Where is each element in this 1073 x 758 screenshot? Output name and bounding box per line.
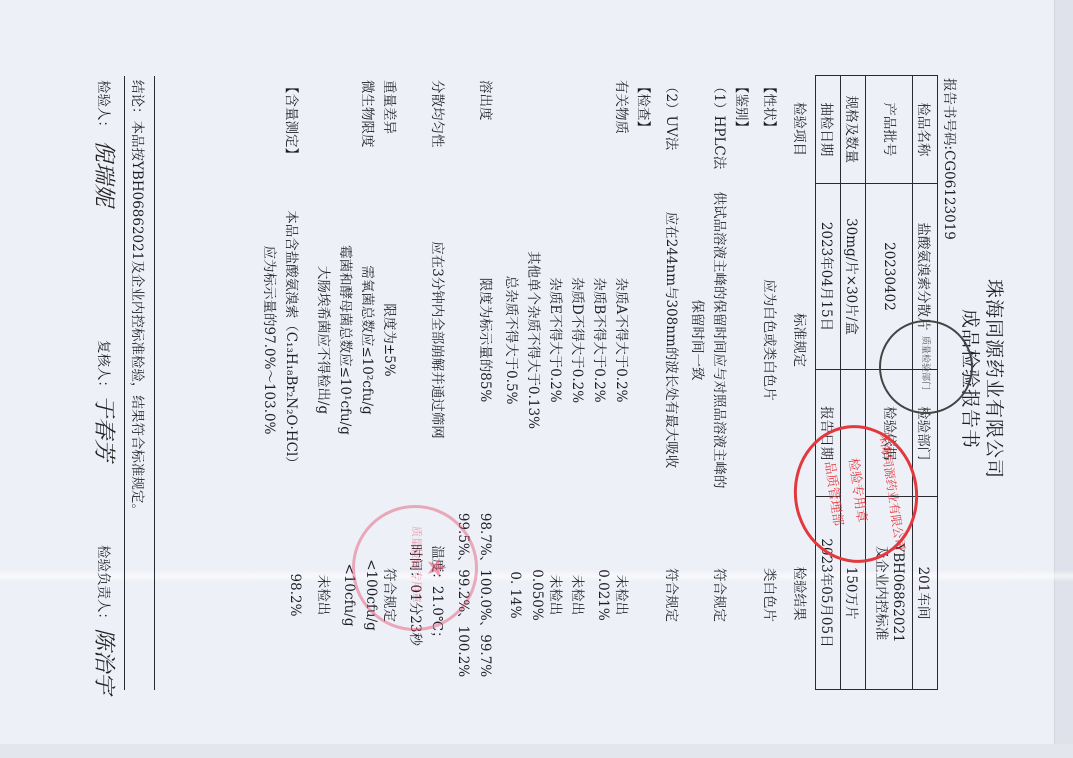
department: 201车间 <box>913 496 938 689</box>
standard-text: 总杂质不得大于0.5% <box>503 190 523 490</box>
test-item-name: 微生物限度 <box>359 80 379 148</box>
reviewer-label: 复核人： <box>95 340 115 394</box>
standard-text: 其他单个杂质不得大于0.13% <box>525 190 545 490</box>
result-text: <10cfu/g <box>341 500 357 690</box>
standard-text: 大肠埃希菌应不得检出/g <box>315 190 335 490</box>
spec-label: 规格及数量 <box>841 76 866 184</box>
standard-text: 需氧菌总数应≤10²cfu/g <box>359 190 379 490</box>
standard-text: 保留时间一致 <box>689 190 709 490</box>
section-heading: 【性状】 <box>761 80 781 134</box>
signature-divider <box>124 76 125 690</box>
supervisor-signature: 陈治宇 <box>90 628 121 694</box>
test-item-name: （2）UV法 <box>663 80 683 150</box>
result-text: 未检出 <box>315 500 335 690</box>
report-page: 珠海同源药业有限公司 成品检验报告书 报告书号码:CG06123019 检品名称… <box>0 0 1073 758</box>
batch-label: 产品批号 <box>866 76 913 184</box>
standard-text: 限度为±5% <box>381 190 401 490</box>
report-number: 报告书号码:CG06123019 <box>941 78 961 240</box>
result-text: 未检出 <box>547 500 567 690</box>
test-item-name: 分散均匀性 <box>429 80 449 148</box>
test-item-name: （1）HPLC法 <box>711 80 731 169</box>
product-name-label: 检品名称 <box>913 76 938 184</box>
company-name: 珠海同源药业有限公司 <box>982 0 1009 758</box>
test-item-name: 有关物质 <box>613 80 633 134</box>
test-item-name: 重量差异 <box>381 80 401 134</box>
standard-text: 杂质E不得大于0.2% <box>547 190 567 490</box>
result-text: 符合规定 <box>663 500 683 690</box>
standard-text: 杂质B不得大于0.2% <box>591 190 611 490</box>
inspector-label: 检验人： <box>95 80 115 134</box>
report-number-value: CG06123019 <box>941 150 957 240</box>
inspector-signature: 倪瑞妮 <box>90 140 121 206</box>
standard-text: 应为白色或类白色片 <box>761 190 781 490</box>
supervisor-label: 检验负责人： <box>95 545 115 626</box>
result-text: 未检出 <box>613 500 633 690</box>
conclusion-divider <box>154 76 155 690</box>
standard-text: 霉菌和酵母菌总数应≤10¹cfu/g <box>337 190 357 490</box>
column-item: 检验项目 <box>791 75 811 183</box>
result-text: 0.021% <box>595 500 611 690</box>
grey-department-stamp: 质量检验部门 <box>879 320 973 414</box>
standard-text: 杂质D不得大于0.2% <box>569 190 589 490</box>
spec: 30mg/片×30片/盒 <box>841 183 866 369</box>
result-text: 98.2% <box>287 500 303 690</box>
result-text: 0. 14% <box>507 500 523 690</box>
scan-edge <box>1054 0 1073 758</box>
scan-edge <box>0 744 1073 758</box>
conclusion-text: 本品按YBH06862021及企业内控标准检验，结果符合标准规定。 <box>129 121 145 517</box>
section-heading: 【含量测定】 <box>283 80 303 161</box>
conclusion: 结论：本品按YBH06862021及企业内控标准检验，结果符合标准规定。 <box>129 80 149 517</box>
sample-date-label: 抽检日期 <box>816 76 841 184</box>
standard-text: 限度为标示量的85% <box>477 190 497 490</box>
standard-text: 应在244nm与308nm的波长处有最大吸收 <box>663 190 683 490</box>
result-text: 98.7%、100.0%、99.7% <box>477 500 497 690</box>
star-icon: ★ <box>421 556 451 579</box>
section-heading: 【检查】 <box>635 80 655 134</box>
sample-date: 2023年04月15日 <box>816 183 841 369</box>
standard-text: 应为标示量的97.0%～103.0% <box>261 190 281 490</box>
reviewer-signature: 于春芳 <box>90 395 121 461</box>
result-text: 未检出 <box>569 500 589 690</box>
result-text: 0.050% <box>529 500 545 690</box>
pink-inspection-stamp: 质量检验专用章 ★ <box>352 505 478 631</box>
standard-text: 杂质A不得大于0.2% <box>613 190 633 490</box>
test-item-name: 溶出度 <box>477 80 497 121</box>
standard-text: 供试品溶液主峰的保留时间应与对照品溶液主峰的 <box>711 190 731 490</box>
standard-text: 应在3分钟内全部崩解并通过筛网 <box>429 190 449 490</box>
section-heading: 【鉴别】 <box>733 80 753 134</box>
standard-text: 本品含盐酸氨溴索（C₁₃H₁₈Br₂N₂O·HCl） <box>283 190 303 490</box>
result-text: 符合规定 <box>711 500 731 690</box>
result-text: 类白色片 <box>761 500 781 690</box>
